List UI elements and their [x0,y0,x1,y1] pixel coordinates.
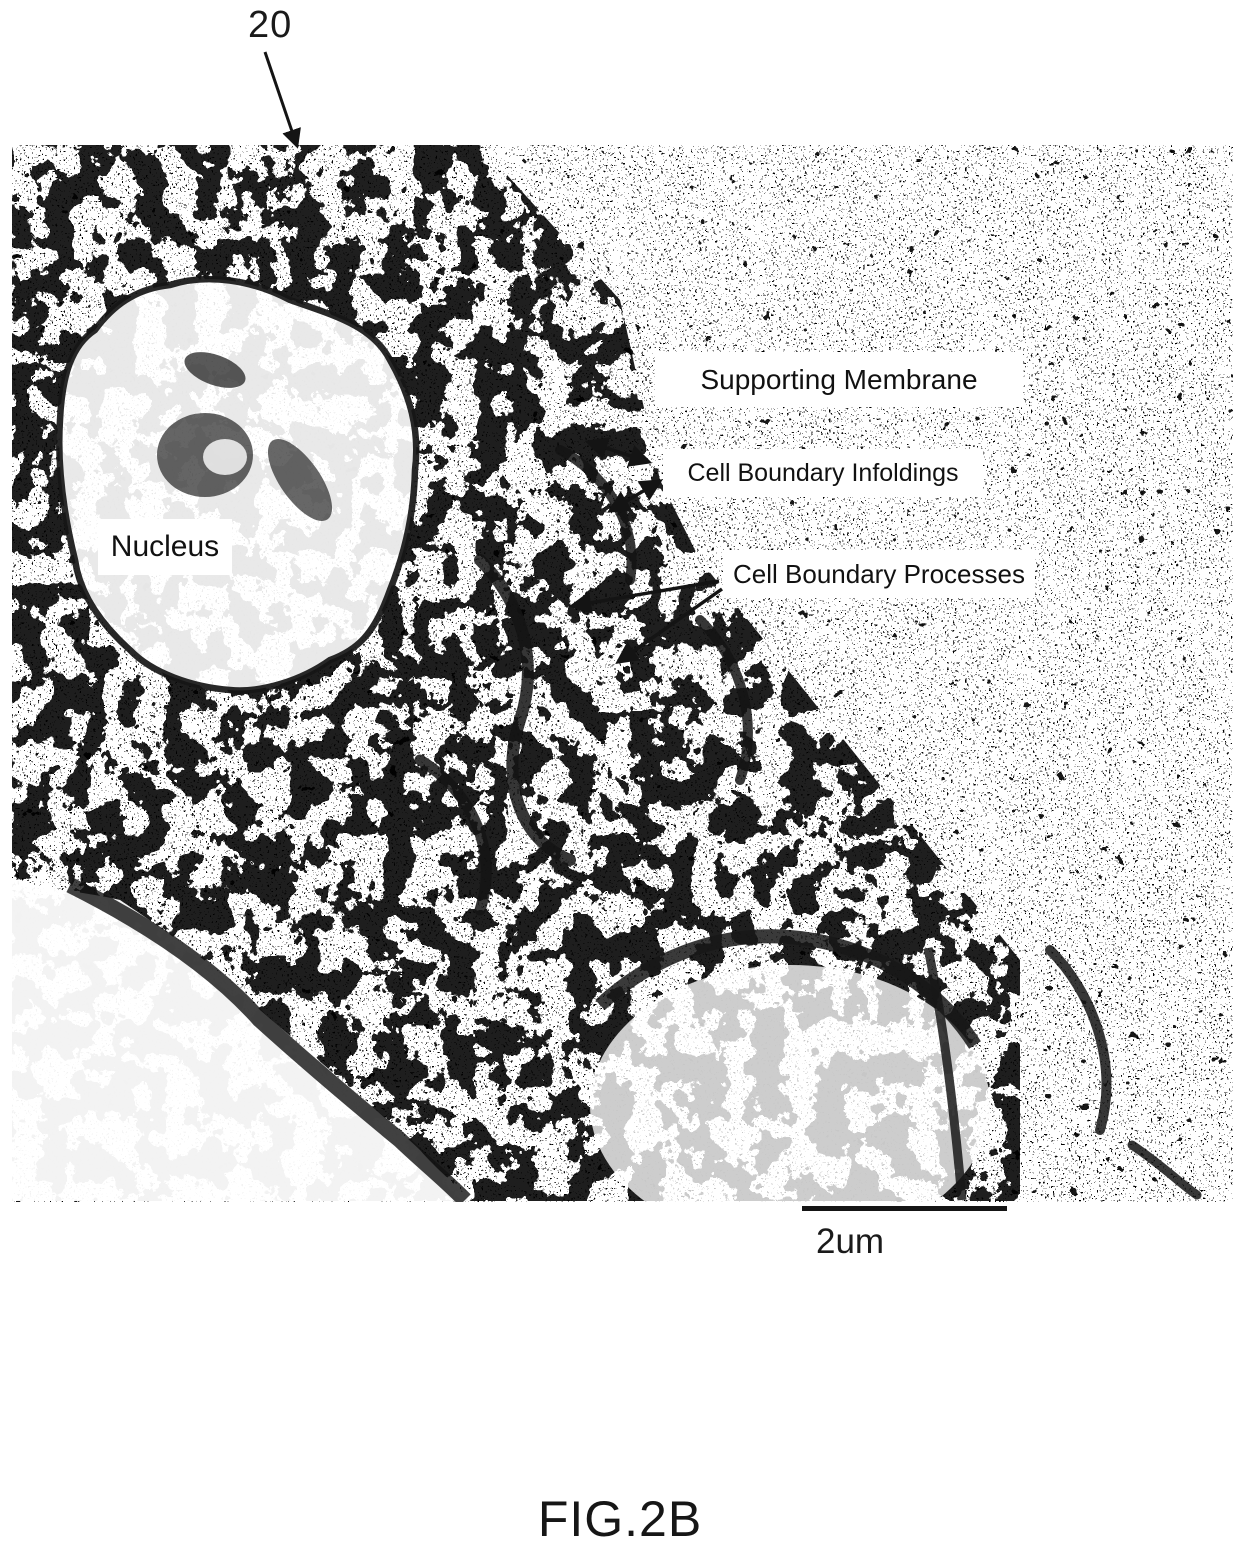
label-cell-boundary-processes: Cell Boundary Processes [723,550,1035,598]
micrograph-image [12,145,1233,1202]
label-supporting-membrane: Supporting Membrane [655,352,1023,407]
figure-caption: FIG.2B [0,1490,1240,1548]
label-cell-boundary-infoldings: Cell Boundary Infoldings [663,449,983,497]
scale-bar-label: 2um [816,1222,884,1262]
reference-numeral-arrow [265,52,297,146]
label-nucleus: Nucleus [98,519,232,575]
reference-numeral: 20 [248,4,292,47]
patent-figure-page: 20 Supporting Membrane Cell Boundary Inf… [0,0,1240,1555]
scale-bar [802,1206,1007,1211]
